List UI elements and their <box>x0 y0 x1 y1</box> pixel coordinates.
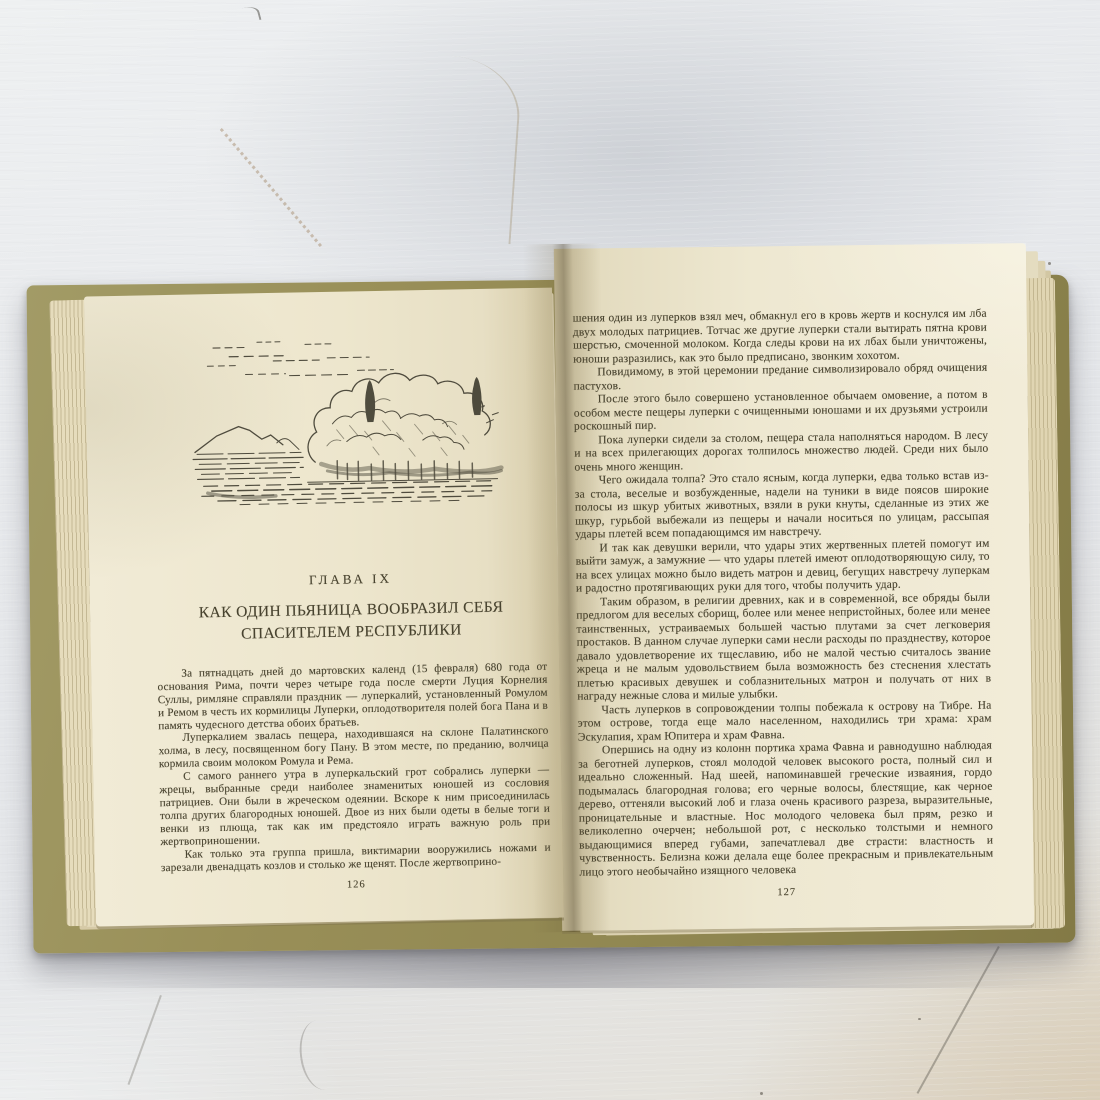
paragraph: Чего ожидала толпа? Это стало ясным, ког… <box>575 470 990 543</box>
paragraph: Опершись на одну из колонн портика храма… <box>578 740 994 880</box>
scratch-top-hook <box>226 4 261 28</box>
photo-scene: шения один из луперков взял меч, обмакну… <box>0 0 1100 1100</box>
grove-illustration <box>185 326 510 508</box>
chapter-title: КАК ОДИН ПЬЯНИЦА ВООБРАЗИЛ СЕБЯ СПАСИТЕЛ… <box>162 596 541 648</box>
right-page-text: шения один из луперков взял меч, обмакну… <box>554 243 1034 931</box>
paragraph: Часть луперков в сопровождении толпы поб… <box>577 699 991 745</box>
paragraph: Пока луперки сидели за столом, пещера ст… <box>574 429 988 475</box>
surface-speck <box>760 1092 763 1095</box>
right-page: шения один из луперков взял меч, обмакну… <box>554 243 1034 931</box>
scratch-bottom-left-curve <box>295 1017 346 1092</box>
page-number-left: 126 <box>161 876 551 896</box>
paragraph: С самого раннего утра в луперкальский гр… <box>159 764 550 849</box>
scratch-curve <box>439 56 524 245</box>
paragraph: После этого было совершено установленное… <box>574 389 988 435</box>
surface-speck <box>918 1018 921 1020</box>
left-page-text: За пятнадцать дней до мартовских календ … <box>157 661 551 897</box>
chapter-label: ГЛАВА IX <box>155 568 545 591</box>
paragraph: За пятнадцать дней до мартовских календ … <box>157 661 548 733</box>
left-page: ГЛАВА IX КАК ОДИН ПЬЯНИЦА ВООБРАЗИЛ СЕБЯ… <box>84 288 564 927</box>
open-book: шения один из луперков взял меч, обмакну… <box>28 238 1074 950</box>
scratch-dotted-trail <box>220 128 322 247</box>
scratch-bottom-left <box>128 995 162 1085</box>
left-page-content: ГЛАВА IX КАК ОДИН ПЬЯНИЦА ВООБРАЗИЛ СЕБЯ… <box>84 288 564 927</box>
page-number-right: 127 <box>580 884 994 903</box>
paragraph: шения один из луперков взял меч, обмакну… <box>573 308 988 367</box>
paragraph: Таким образом, в религии древних, как и … <box>576 591 991 704</box>
paragraph: И так как девушки верили, что удары этих… <box>575 537 990 596</box>
